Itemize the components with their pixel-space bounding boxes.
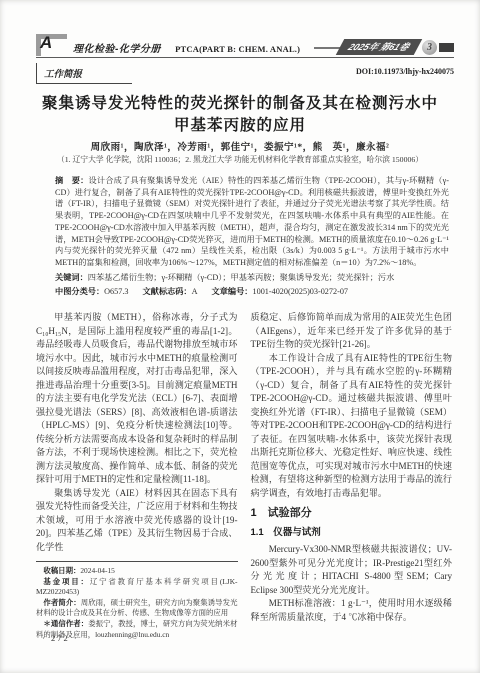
issue-endbar-decoration: [439, 43, 454, 52]
section-heading-experimental: 1 试验部分: [251, 507, 453, 521]
received-date-value: 2024-04-15: [80, 566, 115, 575]
body-paragraph: 聚集诱导发光（AIE）材料因其在固态下具有强发光特性而备受关注，广泛应用于材料和…: [36, 487, 238, 555]
footnote-block: 收稿日期：2024-04-15 基金项目：辽宁省教育厅基本科学研究项目(LJK-…: [36, 561, 238, 640]
doi-text: DOI:10.11973/lhjy-hx240075: [356, 63, 454, 76]
subsection-heading-instruments: 1.1 仪器与试剂: [251, 526, 453, 540]
journal-name-cn: 理化检验-化学分册: [73, 40, 161, 56]
article-id-value: 1001-4020(2025)03-0272-07: [253, 287, 349, 296]
classification-line: 中图分类号：O657.3文献标志码：A文章编号：1001-4020(2025)0…: [55, 286, 449, 298]
keywords-line: 关键词：四苯基乙烯衍生物；γ-环糊精（γ-CD）；甲基苯丙胺；聚集诱导发光；荧光…: [55, 272, 449, 284]
author-bio-line: 作者简介：周欣雨，硕士研究生，研究方向为聚集诱导发光材料的设计合成及其在分析、传…: [36, 598, 238, 619]
received-date-line: 收稿日期：2024-04-15: [36, 566, 238, 577]
journal-logo-letter: A: [40, 33, 52, 53]
received-date-label: 收稿日期：: [43, 566, 80, 575]
left-column: 甲基苯丙胺（METH），俗称冰毒，分子式为C₁₀H₁₅N，是国际上滥用程度较严重…: [36, 311, 238, 640]
article-id-label: 文章编号：: [212, 287, 253, 296]
reagents-paragraph: METH标准溶液：1 g·L⁻¹，使用时用水逐级稀释至所需质量浓度，于4 ℃冰箱…: [251, 597, 453, 624]
fund-line: 基金项目：辽宁省教育厅基本科学研究项目(LJK-MZ20220453): [36, 577, 238, 598]
abstract-label: 摘 要：: [55, 176, 89, 185]
subheader-row: 工作简报 DOI:10.11973/lhjy-hx240075: [36, 63, 454, 84]
issue-number-badge: 3: [422, 40, 437, 55]
right-column: 质稳定、后修饰简单而成为常用的AIE荧光生色团（AIEgens），近年来已经开发…: [251, 311, 453, 640]
journal-brand: A 理化检验-化学分册: [36, 34, 161, 56]
affiliation-line: （1. 辽宁大学 化学院，沈阳 110036；2. 黑龙江大学 功能无机材料化学…: [0, 154, 480, 165]
journal-header: A 理化检验-化学分册 PTCA(PART B: CHEM. ANAL.) 20…: [36, 33, 454, 58]
clc-value: O657.3: [104, 287, 128, 296]
page-number: · 272 ·: [42, 633, 79, 643]
article-title-line2: 甲基苯丙胺的应用: [0, 115, 480, 137]
issue-info: 2025年 第61卷 3: [314, 39, 454, 56]
doc-code-label: 文献标志码：: [142, 287, 191, 296]
clc-label: 中图分类号：: [55, 287, 104, 296]
instruments-paragraph: Mercury-Vx300-NMR型核磁共振波谱仪；UV-2600型紫外可见分光…: [251, 543, 453, 597]
body-columns: 甲基苯丙胺（METH），俗称冰毒，分子式为C₁₀H₁₅N，是国际上滥用程度较严重…: [36, 311, 452, 640]
keywords-label: 关键词：: [55, 273, 88, 282]
abstract-paragraph: 摘 要：设计合成了具有聚集诱导发光（AIE）特性的四苯基乙烯衍生物（TPE-2C…: [55, 175, 449, 269]
journal-logo-icon: A: [36, 34, 67, 56]
corresponding-author-label: ＊通信作者：: [43, 619, 88, 628]
author-bio-label: 作者简介：: [43, 598, 80, 607]
fund-label: 基金项目：: [43, 577, 89, 586]
column-type-label: 工作简报: [36, 63, 132, 84]
body-paragraph: 甲基苯丙胺（METH），俗称冰毒，分子式为C₁₀H₁₅N，是国际上滥用程度较严重…: [36, 311, 238, 487]
keywords-text: 四苯基乙烯衍生物；γ-环糊精（γ-CD）；甲基苯丙胺；聚集诱导发光；荧光探针；污…: [88, 273, 395, 282]
abstract-block: 摘 要：设计合成了具有聚集诱导发光（AIE）特性的四苯基乙烯衍生物（TPE-2C…: [55, 175, 449, 298]
body-paragraph: 本工作设计合成了具有AIE特性的TPE衍生物（TPE-2COOH），并与具有疏水…: [251, 352, 453, 501]
journal-page: A 理化检验-化学分册 PTCA(PART B: CHEM. ANAL.) 20…: [0, 0, 480, 673]
issue-banner: 2025年 第61卷: [336, 39, 422, 55]
abstract-text: 设计合成了具有聚集诱导发光（AIE）特性的四苯基乙烯衍生物（TPE-2COOH）…: [55, 176, 449, 267]
body-paragraph: 质稳定、后修饰简单而成为常用的AIE荧光生色团（AIEgens），近年来已经开发…: [251, 311, 453, 352]
article-title: 聚集诱导发光特性的荧光探针的制备及其在检测污水中 甲基苯丙胺的应用: [0, 93, 480, 137]
authors-line: 周欣雨¹，陶欣泽¹，冷芳雨¹，郭佳宁¹，娄振宁¹*，熊 英¹，廉永福²: [0, 139, 480, 153]
issue-banner-tail-decoration: [314, 47, 340, 49]
doc-code-value: A: [192, 287, 198, 296]
journal-name-en: PTCA(PART B: CHEM. ANAL.): [175, 44, 300, 56]
article-title-line1: 聚集诱导发光特性的荧光探针的制备及其在检测污水中: [0, 93, 480, 115]
